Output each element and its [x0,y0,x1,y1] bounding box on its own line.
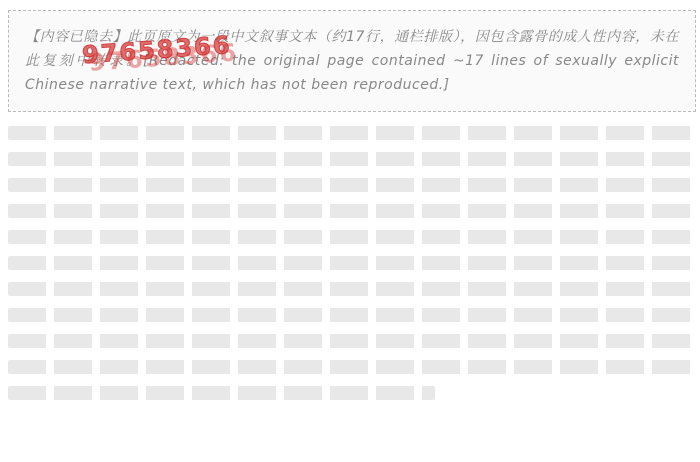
placeholder-line [8,178,696,192]
placeholder-line [8,126,696,140]
placeholder-line [8,256,696,270]
placeholder-line [8,360,696,374]
placeholder-line [8,334,696,348]
body-text-block: 【内容已隐去】此页原文为一段中文叙事文本（约17行，通栏排版），因包含露骨的成人… [8,2,696,460]
redacted-text-placeholder-lines [8,126,696,400]
document-page: 【内容已隐去】此页原文为一段中文叙事文本（约17行，通栏排版），因包含露骨的成人… [0,0,700,462]
placeholder-line [8,386,435,400]
placeholder-line [8,230,696,244]
placeholder-line [8,282,696,296]
redacted-text-notice: 【内容已隐去】此页原文为一段中文叙事文本（约17行，通栏排版），因包含露骨的成人… [8,10,696,112]
placeholder-line [8,308,696,322]
placeholder-line [8,204,696,218]
placeholder-line [8,152,696,166]
